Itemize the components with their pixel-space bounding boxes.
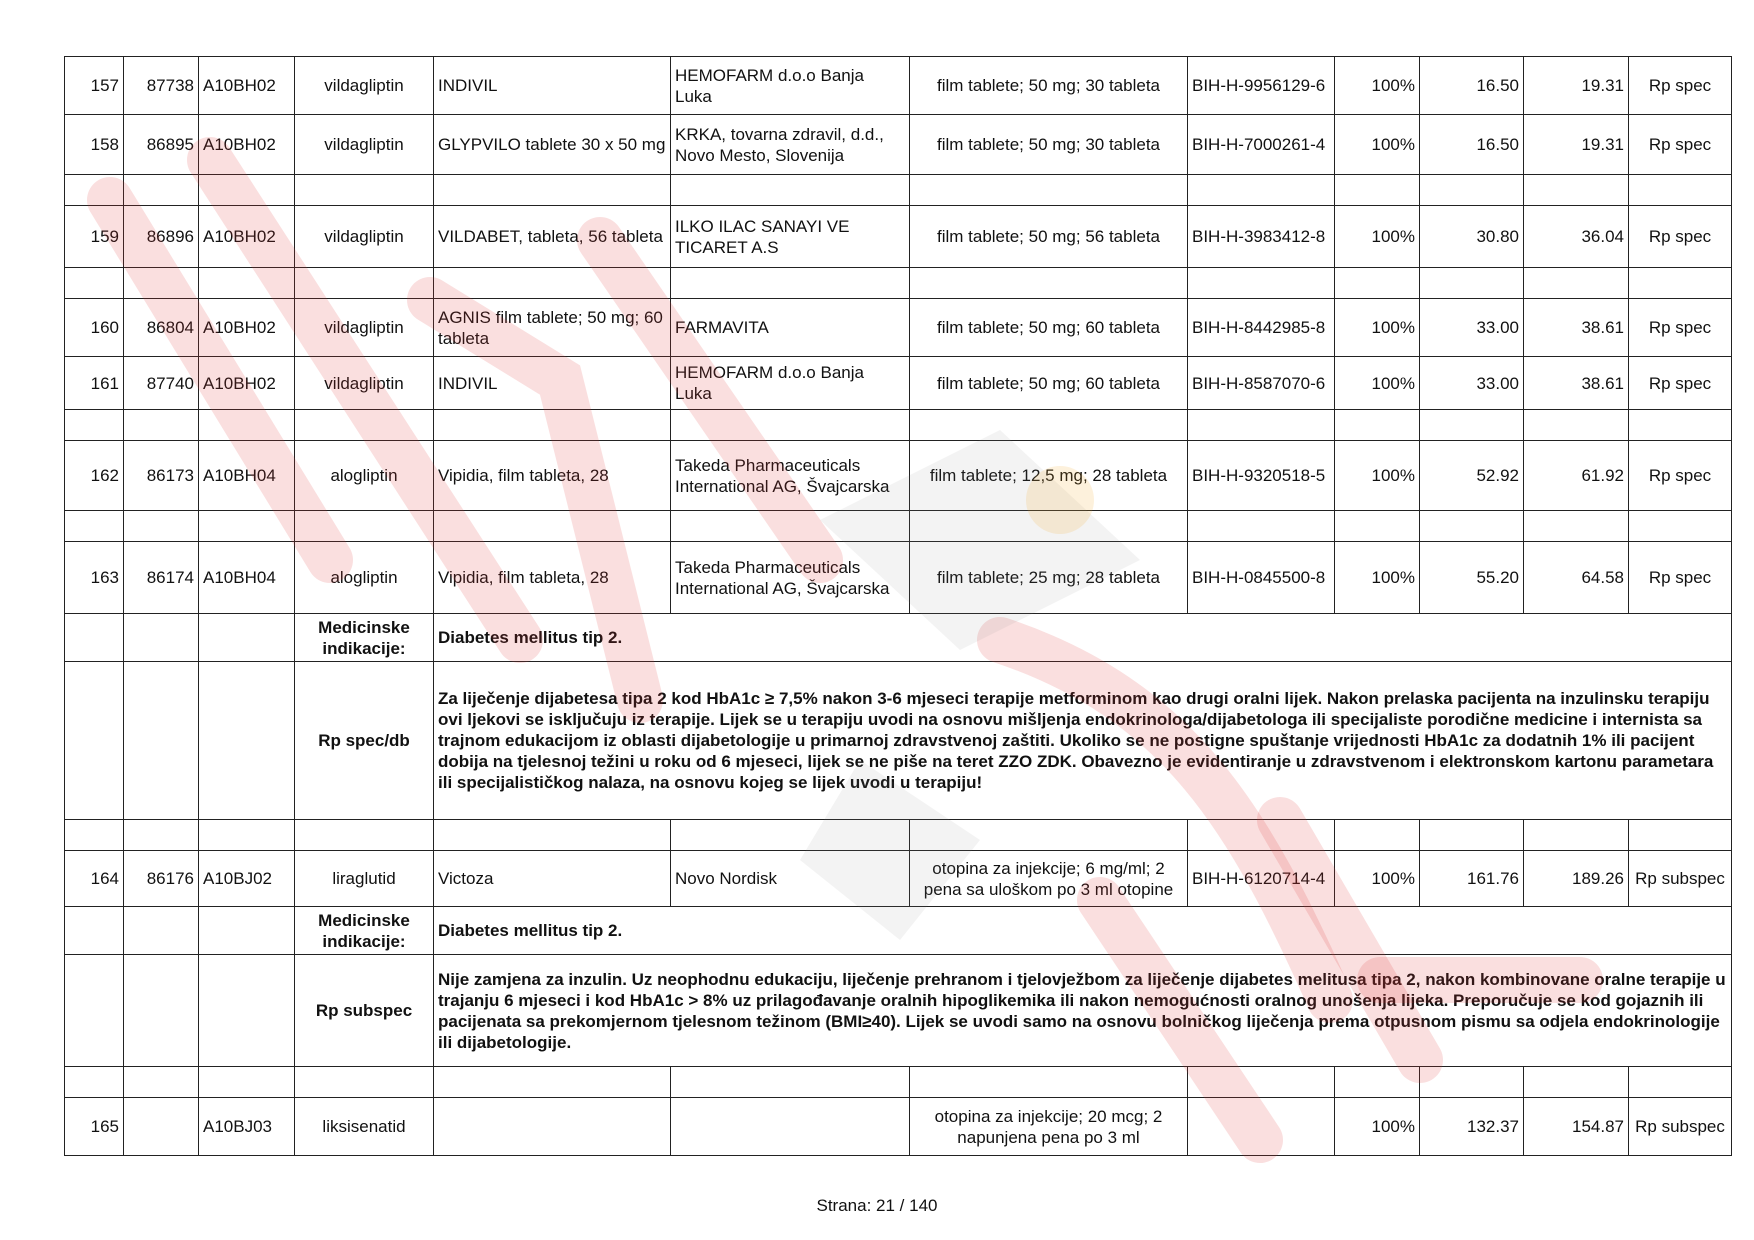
cell-atc: A10BH02 (199, 206, 295, 268)
cell-sifra: 86895 (124, 115, 199, 175)
cell-rjesenje (1188, 1098, 1335, 1156)
cell-naziv: Vipidia, film tableta, 28 (434, 542, 671, 614)
cell-cijena2: 64.58 (1524, 542, 1629, 614)
cell-naziv: VILDABET, tableta, 56 tableta (434, 206, 671, 268)
cell-atc: A10BJ03 (199, 1098, 295, 1156)
cell-naziv: INDIVIL (434, 57, 671, 115)
cell-cijena2: 154.87 (1524, 1098, 1629, 1156)
cell-rezim: Rp spec (1629, 115, 1732, 175)
cell-inn: alogliptin (295, 542, 434, 614)
cell-rjesenje: BIH-H-9320518-5 (1188, 441, 1335, 511)
cell-atc: A10BH02 (199, 57, 295, 115)
cell-cijena1: 33.00 (1420, 357, 1524, 410)
note-text: Diabetes mellitus tip 2. (434, 614, 1732, 662)
cell-cijena2: 19.31 (1524, 115, 1629, 175)
cell-oblik: film tablete; 50 mg; 60 tableta (910, 357, 1188, 410)
cell-oblik: otopina za injekcije; 6 mg/ml; 2 pena sa… (910, 851, 1188, 907)
table-row: 16386174A10BH04alogliptinVipidia, film t… (65, 542, 1732, 614)
cell-cijena1: 52.92 (1420, 441, 1524, 511)
cell-rezim: Rp spec (1629, 542, 1732, 614)
cell-inn: alogliptin (295, 441, 434, 511)
cell-rjesenje: BIH-H-3983412-8 (1188, 206, 1335, 268)
cell-proizvodjac: Takeda Pharmaceuticals International AG,… (671, 542, 910, 614)
cell-proizvodjac: ILKO ILAC SANAYI VE TICARET A.S (671, 206, 910, 268)
cell-inn: liraglutid (295, 851, 434, 907)
table-row: 15787738A10BH02vildagliptinINDIVILHEMOFA… (65, 57, 1732, 115)
cell-inn: vildagliptin (295, 115, 434, 175)
note-text: Diabetes mellitus tip 2. (434, 907, 1732, 955)
cell-inn: vildagliptin (295, 57, 434, 115)
cell-rb: 165 (65, 1098, 124, 1156)
cell-inn: vildagliptin (295, 299, 434, 357)
note-label: Medicinske indikacije: (295, 907, 434, 955)
cell-cijena1: 30.80 (1420, 206, 1524, 268)
cell-sifra: 86896 (124, 206, 199, 268)
table-row: 165A10BJ03liksisenatidotopina za injekci… (65, 1098, 1732, 1156)
cell-rb: 160 (65, 299, 124, 357)
cell-oblik: film tablete; 50 mg; 56 tableta (910, 206, 1188, 268)
cell-procenat: 100% (1335, 57, 1420, 115)
cell-sifra: 86176 (124, 851, 199, 907)
cell-oblik: film tablete; 50 mg; 30 tableta (910, 57, 1188, 115)
table-row: 16086804A10BH02vildagliptinAGNIS film ta… (65, 299, 1732, 357)
cell-oblik: film tablete; 25 mg; 28 tableta (910, 542, 1188, 614)
regime-row: Rp subspecNije zamjena za inzulin. Uz ne… (65, 955, 1732, 1067)
cell-rezim: Rp spec (1629, 57, 1732, 115)
cell-proizvodjac: HEMOFARM d.o.o Banja Luka (671, 357, 910, 410)
cell-rb: 159 (65, 206, 124, 268)
cell-cijena2: 38.61 (1524, 299, 1629, 357)
cell-procenat: 100% (1335, 851, 1420, 907)
cell-naziv: GLYPVILO tablete 30 x 50 mg (434, 115, 671, 175)
note-text: Za liječenje dijabetesa tipa 2 kod HbA1c… (434, 662, 1732, 820)
cell-rjesenje: BIH-H-7000261-4 (1188, 115, 1335, 175)
cell-cijena1: 33.00 (1420, 299, 1524, 357)
cell-rezim: Rp spec (1629, 299, 1732, 357)
cell-atc: A10BH02 (199, 357, 295, 410)
spacer-row (65, 511, 1732, 542)
spacer-row (65, 410, 1732, 441)
cell-atc: A10BJ02 (199, 851, 295, 907)
cell-rezim: Rp subspec (1629, 851, 1732, 907)
cell-rjesenje: BIH-H-8442985-8 (1188, 299, 1335, 357)
cell-naziv (434, 1098, 671, 1156)
cell-sifra: 86804 (124, 299, 199, 357)
indication-row: Medicinske indikacije:Diabetes mellitus … (65, 614, 1732, 662)
table-row: 16486176A10BJ02liraglutidVictozaNovo Nor… (65, 851, 1732, 907)
cell-rb: 158 (65, 115, 124, 175)
cell-oblik: otopina za injekcije; 20 mcg; 2 napunjen… (910, 1098, 1188, 1156)
note-label: Medicinske indikacije: (295, 614, 434, 662)
cell-sifra: 87740 (124, 357, 199, 410)
cell-proizvodjac: Takeda Pharmaceuticals International AG,… (671, 441, 910, 511)
cell-procenat: 100% (1335, 1098, 1420, 1156)
cell-rb: 164 (65, 851, 124, 907)
drug-list-table: 15787738A10BH02vildagliptinINDIVILHEMOFA… (64, 56, 1732, 1156)
cell-inn: vildagliptin (295, 206, 434, 268)
cell-procenat: 100% (1335, 115, 1420, 175)
spacer-row (65, 1067, 1732, 1098)
cell-atc: A10BH02 (199, 299, 295, 357)
cell-sifra (124, 1098, 199, 1156)
cell-procenat: 100% (1335, 206, 1420, 268)
cell-sifra: 86173 (124, 441, 199, 511)
cell-procenat: 100% (1335, 299, 1420, 357)
cell-cijena2: 19.31 (1524, 57, 1629, 115)
cell-rb: 161 (65, 357, 124, 410)
cell-inn: liksisenatid (295, 1098, 434, 1156)
cell-proizvodjac: FARMAVITA (671, 299, 910, 357)
cell-oblik: film tablete; 12,5 mg; 28 tableta (910, 441, 1188, 511)
cell-proizvodjac: HEMOFARM d.o.o Banja Luka (671, 57, 910, 115)
cell-rjesenje: BIH-H-0845500-8 (1188, 542, 1335, 614)
cell-proizvodjac: KRKA, tovarna zdravil, d.d., Novo Mesto,… (671, 115, 910, 175)
cell-rjesenje: BIH-H-9956129-6 (1188, 57, 1335, 115)
cell-rezim: Rp spec (1629, 441, 1732, 511)
page-number: Strana: 21 / 140 (0, 1196, 1754, 1216)
cell-inn: vildagliptin (295, 357, 434, 410)
table-row: 15986896A10BH02vildagliptinVILDABET, tab… (65, 206, 1732, 268)
cell-rjesenje: BIH-H-6120714-4 (1188, 851, 1335, 907)
cell-atc: A10BH04 (199, 542, 295, 614)
cell-proizvodjac: Novo Nordisk (671, 851, 910, 907)
cell-rb: 163 (65, 542, 124, 614)
cell-rezim: Rp subspec (1629, 1098, 1732, 1156)
cell-cijena1: 132.37 (1420, 1098, 1524, 1156)
cell-cijena1: 16.50 (1420, 57, 1524, 115)
note-label: Rp spec/db (295, 662, 434, 820)
cell-procenat: 100% (1335, 357, 1420, 410)
cell-cijena1: 161.76 (1420, 851, 1524, 907)
cell-atc: A10BH04 (199, 441, 295, 511)
regime-row: Rp spec/dbZa liječenje dijabetesa tipa 2… (65, 662, 1732, 820)
cell-procenat: 100% (1335, 441, 1420, 511)
cell-naziv: Victoza (434, 851, 671, 907)
cell-rb: 157 (65, 57, 124, 115)
cell-cijena2: 38.61 (1524, 357, 1629, 410)
cell-proizvodjac (671, 1098, 910, 1156)
cell-cijena1: 16.50 (1420, 115, 1524, 175)
indication-row: Medicinske indikacije:Diabetes mellitus … (65, 907, 1732, 955)
cell-rezim: Rp spec (1629, 357, 1732, 410)
cell-procenat: 100% (1335, 542, 1420, 614)
table-row: 16286173A10BH04alogliptinVipidia, film t… (65, 441, 1732, 511)
note-text: Nije zamjena za inzulin. Uz neophodnu ed… (434, 955, 1732, 1067)
cell-oblik: film tablete; 50 mg; 30 tableta (910, 115, 1188, 175)
cell-rb: 162 (65, 441, 124, 511)
cell-sifra: 87738 (124, 57, 199, 115)
cell-sifra: 86174 (124, 542, 199, 614)
spacer-row (65, 268, 1732, 299)
cell-cijena2: 36.04 (1524, 206, 1629, 268)
cell-naziv: AGNIS film tablete; 50 mg; 60 tableta (434, 299, 671, 357)
cell-naziv: Vipidia, film tableta, 28 (434, 441, 671, 511)
spacer-row (65, 175, 1732, 206)
cell-cijena1: 55.20 (1420, 542, 1524, 614)
note-label: Rp subspec (295, 955, 434, 1067)
cell-naziv: INDIVIL (434, 357, 671, 410)
cell-atc: A10BH02 (199, 115, 295, 175)
cell-cijena2: 189.26 (1524, 851, 1629, 907)
table-row: 16187740A10BH02vildagliptinINDIVILHEMOFA… (65, 357, 1732, 410)
cell-rjesenje: BIH-H-8587070-6 (1188, 357, 1335, 410)
cell-oblik: film tablete; 50 mg; 60 tableta (910, 299, 1188, 357)
cell-cijena2: 61.92 (1524, 441, 1629, 511)
table-row: 15886895A10BH02vildagliptinGLYPVILO tabl… (65, 115, 1732, 175)
spacer-row (65, 820, 1732, 851)
cell-rezim: Rp spec (1629, 206, 1732, 268)
